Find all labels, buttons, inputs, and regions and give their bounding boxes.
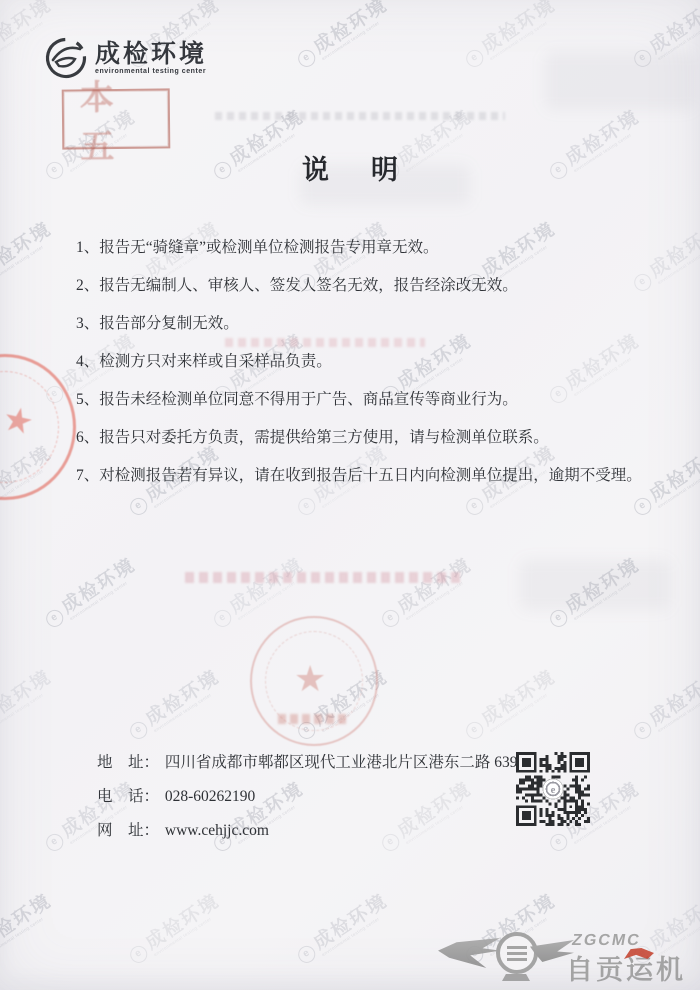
qr-code-pattern: e — [516, 752, 590, 826]
watermark-e-icon: e — [295, 46, 319, 70]
watermark: e成检环境environmental testing center — [0, 891, 58, 969]
bleed-blotch — [520, 560, 670, 610]
brand-name: 成检环境 — [95, 41, 207, 67]
watermark: e成检环境environmental testing center — [0, 219, 58, 297]
watermark-e-icon: e — [463, 718, 487, 742]
page-title: 说明 — [0, 148, 700, 187]
red-official-seal-partial: ★ — [0, 354, 76, 500]
bleed-blotch — [545, 52, 695, 110]
website-label: 网 址： — [97, 818, 161, 840]
address-label: 地 址： — [97, 750, 161, 772]
watermark: e成检环境environmental testing center — [461, 667, 562, 745]
watermark-e-icon: e — [379, 606, 403, 630]
red-seal-bleedthrough: ★ — [250, 616, 378, 746]
watermark-e-icon: e — [463, 46, 487, 70]
drum-face-icon — [496, 932, 538, 974]
address-value: 四川省成都市郫都区现代工业港北片区港东二路 639 号 — [165, 750, 537, 772]
phone-value: 028-60262190 — [165, 788, 255, 806]
note-item: 3、报告部分复制无效。 — [76, 316, 680, 332]
note-item: 7、对检测报告若有异议，请在收到报告后十五日内向检测单位提出，逾期不受理。 — [76, 468, 680, 484]
bleed-text-line — [215, 112, 505, 120]
note-item: 1、报告无“骑缝章”或检测单位检测报告专用章无效。 — [76, 240, 680, 256]
seal-star-icon: ★ — [294, 658, 326, 700]
watermark: e成检环境environmental testing center — [41, 555, 142, 633]
logo-text-zh: 自贡运机 — [566, 948, 686, 987]
copy-number-stamp: 本五 — [62, 88, 171, 149]
watermark: e成检环境environmental testing center — [377, 555, 478, 633]
watermark-e-icon: e — [43, 606, 67, 630]
drum-base-icon — [502, 974, 530, 981]
watermark-e-icon: e — [43, 830, 67, 854]
seal-bottom-text-blur — [278, 714, 350, 724]
watermark: e成检环境environmental testing center — [293, 891, 394, 969]
watermark-e-icon: e — [295, 942, 319, 966]
company-logo-zgcmc: ZGCMC 自贡运机 — [438, 930, 700, 988]
watermark-e-icon: e — [127, 942, 151, 966]
svg-text:e: e — [551, 785, 556, 796]
phone-label: 电 话： — [97, 784, 161, 806]
watermark-e-icon: e — [211, 606, 235, 630]
footer-row-website: 网 址： www.cehjjc.com — [97, 818, 537, 838]
watermark-e-icon: e — [127, 718, 151, 742]
qr-code: e — [516, 752, 590, 826]
notes-list: 1、报告无“骑缝章”或检测单位检测报告专用章无效。 2、报告无编制人、审核人、签… — [76, 240, 680, 506]
note-item: 5、报告未经检测单位同意不得用于广告、商品宣传等商业行为。 — [76, 392, 680, 408]
footer-row-phone: 电 话： 028-60262190 — [97, 784, 537, 804]
watermark: e成检环境environmental testing center — [0, 667, 58, 745]
note-item: 2、报告无编制人、审核人、签发人签名无效，报告经涂改无效。 — [76, 278, 680, 294]
website-value: www.cehjjc.com — [165, 822, 269, 840]
note-item: 6、报告只对委托方负责，需提供给第三方使用，请与检测单位联系。 — [76, 430, 680, 446]
watermark: e成检环境environmental testing center — [293, 0, 394, 73]
footer-row-address: 地 址： 四川省成都市郫都区现代工业港北片区港东二路 639 号 — [97, 750, 537, 770]
watermark: e成检环境environmental testing center — [125, 667, 226, 745]
watermark: e成检环境environmental testing center — [629, 667, 700, 745]
contact-footer: 地 址： 四川省成都市郫都区现代工业港北片区港东二路 639 号 电 话： 02… — [97, 750, 537, 852]
watermark-e-icon: e — [547, 830, 571, 854]
scanned-report-notes-page: e成检环境environmental testing centere成检环境en… — [0, 0, 700, 990]
watermark-e-icon: e — [631, 718, 655, 742]
left-wing-icon — [438, 938, 500, 968]
bleed-text-line — [185, 572, 460, 583]
note-item: 4、检测方只对来样或自采样品负责。 — [76, 354, 680, 370]
watermark: e成检环境environmental testing center — [125, 891, 226, 969]
